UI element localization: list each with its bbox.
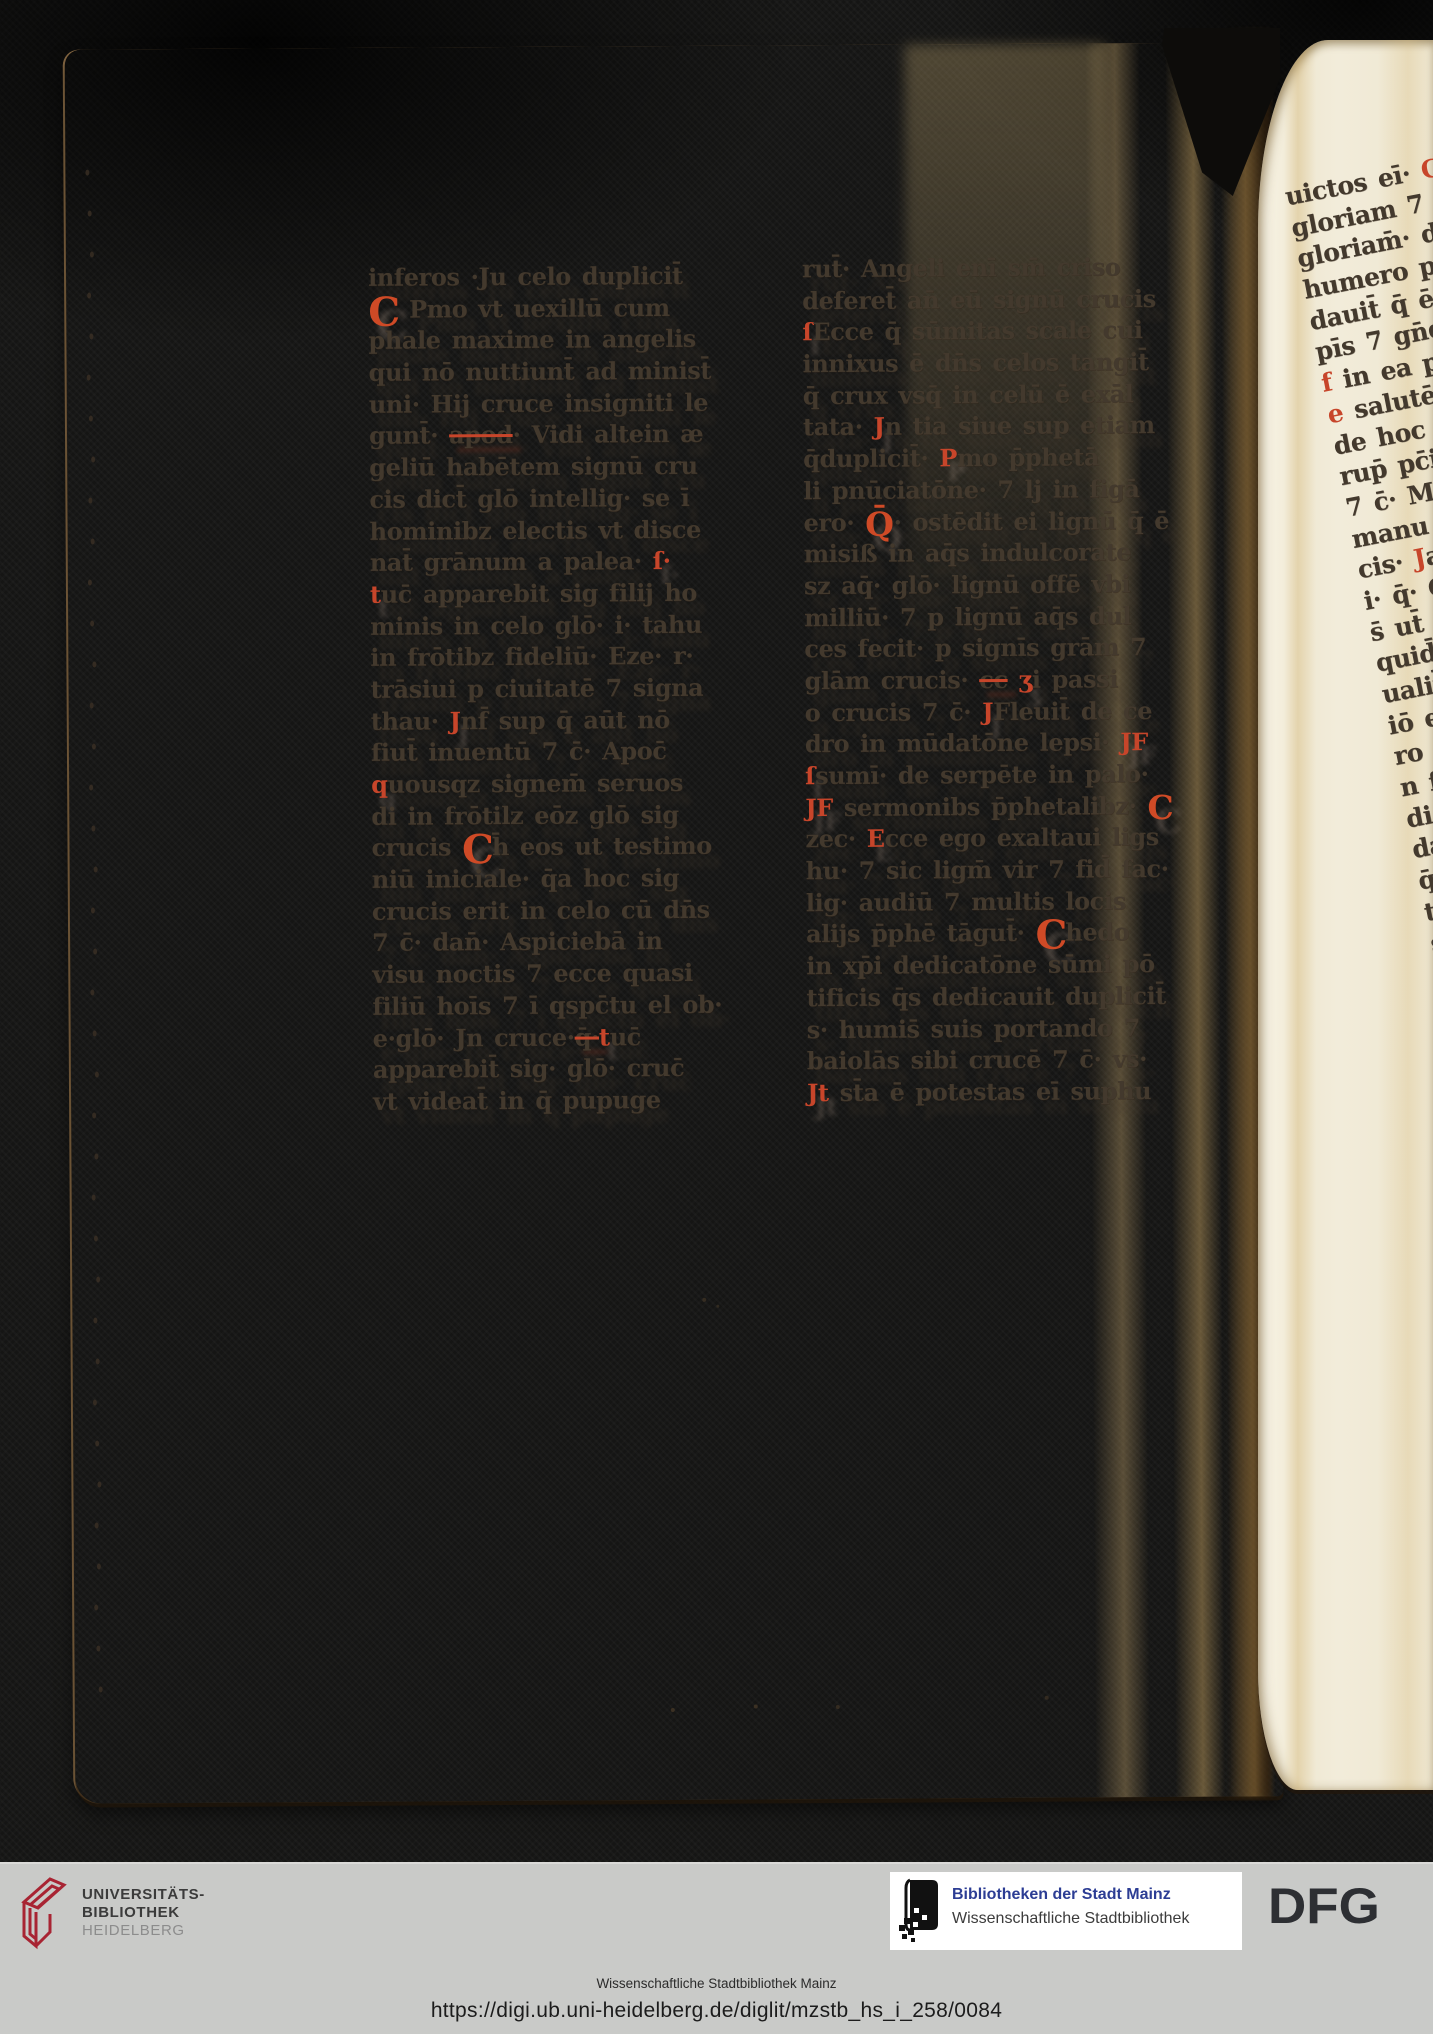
manuscript-line: ſEcce q̄ sūmitas scale cui [802,314,1170,348]
manuscript-line: uni· Hij cruce insigniti le [369,386,719,420]
manuscript-line: crucis erit in celo cū dn̄s [372,893,722,927]
rubric-text: q̄· [575,1022,600,1051]
rubric-text: q [371,770,388,799]
manuscript-page: inferos ·Ju celo duplicit̄C Pmo vt uexil… [65,42,1284,1803]
pricking-hole [88,498,92,504]
pricking-hole [87,375,91,381]
manuscript-line: hominibz electis vt disce [370,513,720,547]
ink-text: n tia siue sup etiam [884,410,1154,441]
ub-heidelberg-wordmark: UNIVERSITÄTS- BIBLIOTHEK HEIDELBERG [82,1886,205,1940]
rubric-text: ʒ [1008,665,1032,694]
manuscript-line: inferos ·Ju celo duplicit̄ [368,260,718,294]
pricking-hole [93,949,97,955]
pricking-hole [92,744,96,750]
ink-speck [754,1705,758,1709]
pricking-hole [88,211,92,217]
pricking-hole [95,1072,99,1078]
ink-text: thau· [371,706,450,735]
ink-text: in xp̄i dedicatōne sūmi pō [806,949,1155,980]
pricking-hole [97,1564,101,1570]
manuscript-line: baiolās sibi crucē 7 c̄· vs· [807,1043,1175,1077]
ink-text: innixus ē dn̄s celos tangit̄ [802,347,1148,378]
manuscript-line: nat̄ grānum a palea· ſ· [370,545,720,579]
ink-speck [836,1705,840,1709]
rubric-text: t [370,580,381,609]
pricking-hole [91,457,95,463]
ink-text: i passi [1032,664,1118,694]
pricking-hole [90,252,94,258]
rubric-text: E [867,824,885,853]
rubric-text: t [599,1022,610,1051]
manuscript-line: in frōtibz fideliū· Eze· r· [370,640,720,674]
ink-text: uc̄ apparebit sig filij ho [381,578,697,609]
manuscript-line: hu· 7 sic ligm̄ vir 7 fid̄ fac· [806,853,1174,887]
manuscript-line: apparebit̄ sig· glō· cruc̄ [373,1052,723,1086]
ink-text: ces fecit· p signīs grām 7 [804,632,1146,663]
rubric-text: cc [979,665,1008,694]
manuscript-line: 7 c̄· dan̄· Aspiciebā in [372,925,722,959]
pricking-hole [90,703,94,709]
rubric-text: apod [449,420,513,449]
ink-text: in frōtibz fideliū· Eze· r· [370,641,693,672]
ink-text: lig· audiū 7 multis locis [806,886,1126,917]
ink-text: tata· [803,412,874,441]
manuscript-line: sz aq̄· glō· lignū offē vbi [804,568,1172,602]
ink-text: ero· [803,507,865,536]
manuscript-line: ero· Q̄· ostēdit ei lignū q̄ ē [803,504,1171,538]
ink-text: uni· Hij cruce insigniti le [369,388,708,419]
pricking-hole [95,1523,99,1529]
ink-text: cce ego exaltaui ligs [885,822,1159,853]
ink-text: · ostēdit ei lignū q̄ ē [893,505,1169,536]
manuscript-line: vt videat̄ in q̄ pupuge [373,1084,723,1118]
ink-text: glām crucis· [804,665,979,695]
pricking-hole [97,1482,101,1488]
pricking-hole [92,662,96,668]
ub-line3: HEIDELBERG [82,1922,205,1940]
ink-text: st̄a ē potestas eī suphu [829,1076,1152,1107]
ink-text: sumī· de serpēte in palo· [815,759,1149,790]
ink-text: mo p̄phetā [957,443,1099,473]
ink-text: zec· [805,824,866,853]
rubric-text: J [873,412,884,441]
ink-text: e·glō· Jn cruce· [373,1022,575,1052]
pricking-hole [91,539,95,545]
mainz-line2: Wissenschaftliche Stadtbibliothek [952,1910,1189,1928]
ink-text: nat̄ grānum a palea· [370,546,653,577]
ink-speck [1045,1696,1049,1700]
ink-text: di in frōtilz eōz glō sig [371,800,679,831]
manuscript-line: o crucis 7 c̄· JFleuit̄ de ce [805,695,1173,729]
ub-heidelberg-book-icon [16,1874,72,1952]
ub-heidelberg-logo-block: UNIVERSITÄTS- BIBLIOTHEK HEIDELBERG [16,1872,316,1962]
rubric-text: J [982,697,993,726]
ink-text: gunt̄· [369,421,449,450]
manuscript-line: li pnūciatōne· 7 lj in figā [803,473,1171,507]
mainz-logo-block: Bibliotheken der Stadt Mainz Wissenschaf… [890,1872,1242,1950]
manuscript-line: innixus ē dn̄s celos tangit̄ [802,346,1170,380]
text-column-left: inferos ·Ju celo duplicit̄C Pmo vt uexil… [368,260,723,1118]
manuscript-line: ces fecit· p signīs grām 7 [804,631,1172,665]
ink-text: hedo [1065,918,1129,947]
pricking-hole [92,1195,96,1201]
manuscript-line: deferet̄ an̄ eū signū crucis [802,283,1170,317]
rubric-text: JF [1120,727,1148,756]
ink-text: filiū hoīs 7 ī qspc̄tu el ob· [372,990,722,1021]
ink-text: vt videat̄ in q̄ pupuge [373,1085,661,1116]
manuscript-line: fiut̄ inuentū 7 c̄· Apoc̄ [371,735,721,769]
ink-speck [702,1298,706,1302]
pricking-hole [89,785,93,791]
ink-text: · Vidi altein æ [513,419,704,449]
pricking-hole [93,1318,97,1324]
pricking-hole [91,908,95,914]
scan-caption: Wissenschaftliche Stadtbibliothek Mainz [0,1976,1433,1991]
pricking-hole [96,1277,100,1283]
pricking-hole [94,1236,98,1242]
manuscript-line: alijs p̄phē tāgut̄· Chedo [806,916,1174,950]
manuscript-line: JF sermonibs p̄phetalibz· C [805,790,1173,824]
ink-text: uc̄ [610,1022,641,1051]
rubric-text: J [450,706,461,735]
ink-text: q̄duplicit̄· [803,443,939,473]
pricking-hole [90,621,94,627]
rubric-text: ſ· [653,546,671,575]
pricking-hole [94,867,98,873]
ink-text: o crucis 7 c̄· [805,697,983,727]
ink-text: dro in mūdatōne lepsi· [805,728,1121,759]
ink-text: qui nō nuttiunt̄ ad minist̄ [369,356,712,387]
manuscript-line: q̄duplicit̄· Pmo p̄phetā [803,441,1171,475]
manuscript-line: thau· Jnf̄ sup q̄ aūt nō [371,703,721,737]
pricking-hole [96,1359,100,1365]
rubric-text: P [939,443,957,472]
ink-text: q̄ crux vsq̄ in celū ē exāl [803,379,1134,410]
manuscript-line: C Pmo vt uexillū cum [368,291,718,325]
pricking-hole [89,416,93,422]
manuscript-line: quousqz signem̄ seruos [371,767,721,801]
ink-text: hominibz electis vt disce [370,514,701,545]
pricking-hole [99,1687,103,1693]
ink-speck [716,1305,719,1308]
ink-text: crucis erit in celo cū dn̄s [372,895,710,926]
ink-text: Pmo vt uexillū cum [398,293,670,324]
manuscript-line: geliū habētem signū cru [369,450,719,484]
ink-text: Fleuit̄ de ce [993,696,1152,726]
manuscript-line: tuc̄ apparebit sig filij ho [370,577,720,611]
pricking-hole [90,990,94,996]
ink-text: li pnūciatōne· 7 lj in figā [803,474,1139,505]
manuscript-line: tificis q̄s dedicauit duplicit̄ [806,980,1174,1014]
pricking-holes [65,42,1273,49]
ink-text: uousqz signem̄ seruos [387,768,683,799]
scan-viewport: { "colors":{"background":"#151514","parc… [0,0,1433,2034]
manuscript-line: visu noctis 7 ecce quasi [372,957,722,991]
manuscript-line: filiū hoīs 7 ī qspc̄tu el ob· [372,989,722,1023]
pricking-hole [87,293,91,299]
ink-text: apparebit̄ sig· glō· cruc̄ [373,1053,685,1084]
pricking-hole [89,334,93,340]
pricking-hole [95,1441,99,1447]
next-page-edge: uictos eī· Gal· oñgloriam 7 c̄· glō· ugl… [1258,40,1433,1790]
ink-text: phale maxime in angelis [368,324,696,355]
ink-text: misiß in aq̄s indulcorate [804,537,1132,568]
manuscript-line: tata· Jn tia siue sup etiam [803,409,1171,443]
mainz-book-icon [898,1878,946,1944]
pricking-hole [94,1154,98,1160]
ink-text: hu· 7 sic ligm̄ vir 7 fid̄ fac· [806,854,1169,885]
manuscript-line: misiß in aq̄s indulcorate [804,536,1172,570]
manuscript-line: gunt̄· apod· Vidi altein æ [369,418,719,452]
pricking-hole [94,1605,98,1611]
ink-text: geliū habētem signū cru [369,451,698,482]
ink-text: fiut̄ inuentū 7 c̄· Apoc̄ [371,736,667,767]
rubric-text: Jt [807,1078,829,1107]
manuscript-line: di in frōtilz eōz glō sig [371,798,721,832]
manuscript-line: e·glō· Jn cruce·q̄·tuc̄ [373,1020,723,1054]
ink-text: visu noctis 7 ecce quasi [372,958,693,989]
manuscript-line: in xp̄i dedicatōne sūmi pō [806,948,1174,982]
manuscript-line: trāsiui p ciuitatē 7 signa [370,672,720,706]
manuscript-line: milliū· 7 p lignū aq̄s dul [804,600,1172,634]
manuscript-line: s· humis̄ suis portando 7 [807,1011,1175,1045]
ink-text: h̄ eos ut testimo [492,831,712,861]
manuscript-line: crucis Ch̄ eos ut testimo [371,830,721,864]
manuscript-line: lig· audiū 7 multis locis [806,885,1174,919]
manuscript-line: rut̄· Angeli enī sm̄ criso [802,251,1170,285]
mainz-line1: Bibliotheken der Stadt Mainz [952,1886,1171,1904]
pricking-hole [93,1400,97,1406]
ink-speck [671,1708,675,1712]
ink-text: rut̄· Angeli enī sm̄ criso [802,252,1121,283]
ink-text: minis in celo glō· i· tahu [370,609,702,640]
pricking-hole [96,1646,100,1652]
manuscript-line: niū iniciale· q̄a hoc sig [372,862,722,896]
manuscript-line: q̄ crux vsq̄ in celū ē exāl [803,378,1171,412]
pricking-hole [92,1113,96,1119]
manuscript-line: phale maxime in angelis [368,323,718,357]
ink-text: Ecce q̄ sūmitas scale cui [812,316,1142,347]
manuscript-line: minis in celo glō· i· tahu [370,608,720,642]
ub-line1: UNIVERSITÄTS- [82,1886,205,1904]
ink-text: cis dict̄ glō intellig· se ī [369,483,689,514]
manuscript-line: ſsumī· de serpēte in palo· [805,758,1173,792]
text-column-next-page: uictos eī· Gal· oñgloriam 7 c̄· glō· ugl… [1282,130,1433,1020]
rubric-text: ſ [805,761,815,790]
manuscript-line: zec· Ecce ego exaltaui ligs [805,821,1173,855]
ink-text: trāsiui p ciuitatē 7 signa [370,673,703,704]
dfg-logo: DFG [1268,1878,1380,1936]
pricking-hole [91,826,95,832]
ink-text: crucis [371,833,462,863]
ink-text: sermonibs p̄phetalibz· [833,791,1148,822]
ink-text: baiolās sibi crucē 7 c̄· vs· [807,1044,1147,1075]
pricking-hole [93,1031,97,1037]
ub-line2: BIBLIOTHEK [82,1904,205,1922]
ink-text: niū iniciale· q̄a hoc sig [372,863,680,894]
ink-text: inferos ·Ju celo duplicit̄ [368,261,683,292]
pricking-hole [88,580,92,586]
ink-text: s· humis̄ suis portando 7 [807,1013,1140,1044]
ink-text: sz aq̄· glō· lignū offē vbi [804,569,1130,600]
manuscript-line: qui nō nuttiunt̄ ad minist̄ [369,355,719,389]
source-url: https://digi.ub.uni-heidelberg.de/diglit… [0,1999,1433,2023]
manuscript-line: cis dict̄ glō intellig· se ī [369,482,719,516]
ink-text: nf̄ sup q̄ aūt nō [460,705,669,735]
text-column-right: rut̄· Angeli enī sm̄ crisodeferet̄ an̄ e… [802,251,1175,1109]
rubric-text: JF [805,793,833,822]
rubric-text: ſ [802,318,812,347]
ink-text: deferet̄ an̄ eū signū crucis [802,284,1156,315]
manuscript-line: dro in mūdatōne lepsi· JF [805,726,1173,760]
manuscript-line: glām crucis· cc ʒi passi [804,663,1172,697]
ink-text: alijs p̄phē tāgut̄· [806,918,1036,948]
pricking-hole [85,170,89,176]
ink-text: tificis q̄s dedicauit duplicit̄ [806,981,1166,1012]
ink-text: milliū· 7 p lignū aq̄s dul [804,601,1131,632]
manuscript-line: Jt st̄a ē potestas eī suphu [807,1075,1175,1109]
ink-text: 7 c̄· dan̄· Aspiciebā in [372,927,663,958]
